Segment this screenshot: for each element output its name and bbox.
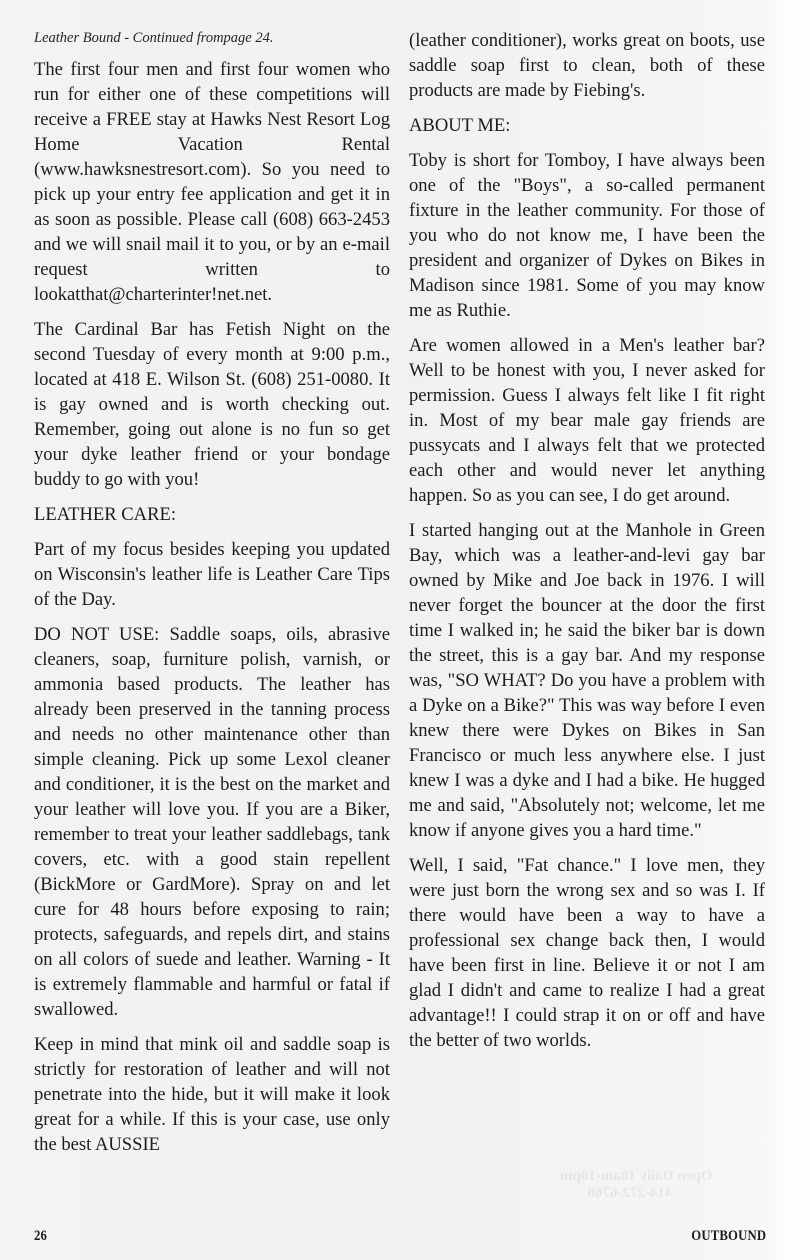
- publication-name: OUTBOUND: [691, 1228, 766, 1245]
- section-heading-leather-care: LEATHER CARE:: [34, 502, 390, 527]
- continued-from-kicker: Leather Bound - Continued frompage 24.: [34, 28, 390, 48]
- section-heading-about-me: ABOUT ME:: [409, 113, 765, 138]
- paragraph-fat-chance: Well, I said, "Fat chance." I love men, …: [409, 853, 765, 1053]
- paragraph-mens-bar: Are women allowed in a Men's leather bar…: [409, 333, 765, 508]
- magazine-page: Open Daily 10am-10pm 414-272-6768 Leathe…: [0, 0, 810, 1260]
- paragraph-conditioner: (leather conditioner), works great on bo…: [409, 28, 765, 103]
- left-column: Leather Bound - Continued frompage 24. T…: [34, 28, 390, 1167]
- show-through-line: Open Daily 10am-10pm: [560, 1168, 713, 1185]
- page-number: 26: [34, 1228, 47, 1245]
- paragraph-manhole: I started hanging out at the Manhole in …: [409, 518, 765, 843]
- show-through-line: 414-272-6768: [560, 1185, 713, 1202]
- page-edge: [766, 0, 810, 1260]
- paragraph-toby: Toby is short for Tomboy, I have always …: [409, 148, 765, 323]
- paragraph-contest-prize: The first four men and first four women …: [34, 57, 390, 307]
- paragraph-mink-oil: Keep in mind that mink oil and saddle so…: [34, 1032, 390, 1157]
- show-through-text: Open Daily 10am-10pm 414-272-6768: [560, 1168, 713, 1202]
- paragraph-focus: Part of my focus besides keeping you upd…: [34, 537, 390, 612]
- paragraph-do-not-use: DO NOT USE: Saddle soaps, oils, abra­siv…: [34, 622, 390, 1022]
- paragraph-cardinal-bar: The Cardinal Bar has Fetish Night on the…: [34, 317, 390, 492]
- right-column: (leather conditioner), works great on bo…: [409, 28, 765, 1063]
